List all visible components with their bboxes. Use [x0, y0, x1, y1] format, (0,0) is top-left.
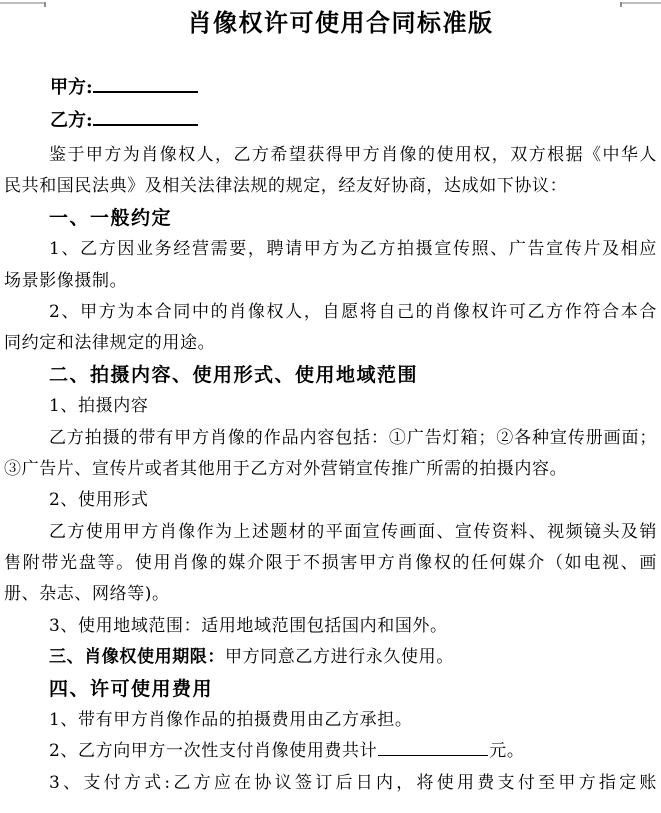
fee-text-before: 2、乙方向甲方一次性支付肖像使用费共计 — [49, 741, 377, 761]
section-2-item-1: 1、拍摄内容 — [4, 391, 657, 422]
section-3-heading-lead: 三、肖像权使用期限： — [49, 647, 225, 667]
section-4-item-3: 3、支付方式:乙方应在协议签订后日内，将使用费支付至甲方指定账 — [4, 768, 657, 799]
preamble-line-1: 鉴于甲方为肖像权人，乙方希望获得甲方肖像的使用权，双方根据《中华人 — [4, 140, 657, 171]
fee-amount-blank-underline — [378, 740, 488, 756]
preamble-line-2: 民共和国民法典》及相关法律法规的规定，经友好协商，达成如下协议： — [4, 171, 657, 202]
section-1-item-1-line-1: 1、乙方因业务经营需要，聘请甲方为乙方拍摄宣传照、广告宣传片及相应 — [4, 234, 657, 265]
party-b-label: 乙方: — [50, 110, 93, 131]
party-a-label: 甲方: — [50, 77, 93, 98]
parties-block: 甲方: 乙方: — [50, 71, 661, 137]
page-corner-mark-right — [620, 2, 661, 4]
section-1-item-1-line-2: 场景影像摄制。 — [4, 266, 657, 297]
party-a-line: 甲方: — [50, 71, 661, 104]
section-2-item-2-line-1: 乙方拍摄的带有甲方肖像的作品内容包括：①广告灯箱；②各种宣传册画面； — [4, 423, 657, 454]
section-2-item-4-line-1: 乙方使用甲方肖像作为上述题材的平面宣传画面、宣传资料、视频镜头及销 — [4, 517, 657, 548]
section-2-item-3: 2、使用形式 — [4, 485, 657, 516]
section-4-heading: 四、许可使用费用 — [4, 674, 657, 705]
party-b-line: 乙方: — [50, 104, 661, 137]
contract-document-page: 肖像权许可使用合同标准版 甲方: 乙方: 鉴于甲方为肖像权人，乙方希望获得甲方肖… — [0, 0, 661, 813]
section-2-item-4-line-2: 售附带光盘等。使用肖像的媒介限于不损害甲方肖像权的任何媒介（如电视、画 — [4, 548, 657, 579]
section-1-item-2-line-2: 同约定和法律规定的用途。 — [4, 328, 657, 359]
page-corner-mark-left — [0, 2, 46, 4]
section-4-item-2: 2、乙方向甲方一次性支付肖像使用费共计元。 — [4, 736, 657, 767]
section-1-item-2-line-1: 2、甲方为本合同中的肖像权人，自愿将自己的肖像权许可乙方作符合本合 — [4, 297, 657, 328]
section-2-item-2-line-2: ③广告片、宣传片或者其他用于乙方对外营销宣传推广所需的拍摄内容。 — [4, 454, 657, 485]
section-3-text: 甲方同意乙方进行永久使用。 — [225, 647, 454, 667]
section-2-heading: 二、拍摄内容、使用形式、使用地域范围 — [4, 360, 657, 391]
section-2-item-4-line-3: 册、杂志、网络等)。 — [4, 579, 657, 610]
party-b-blank-underline — [93, 108, 198, 126]
fee-text-after: 元。 — [489, 741, 524, 761]
document-title: 肖像权许可使用合同标准版 — [10, 6, 661, 40]
section-1-heading: 一、一般约定 — [4, 203, 657, 234]
section-3-line: 三、肖像权使用期限：甲方同意乙方进行永久使用。 — [4, 642, 657, 673]
party-a-blank-underline — [93, 75, 198, 93]
section-2-item-5: 3、使用地域范围：适用地域范围包括国内和国外。 — [4, 611, 657, 642]
contract-body: 鉴于甲方为肖像权人，乙方希望获得甲方肖像的使用权，双方根据《中华人 民共和国民法… — [0, 140, 661, 799]
section-4-item-1: 1、带有甲方肖像作品的拍摄费用由乙方承担。 — [4, 705, 657, 736]
